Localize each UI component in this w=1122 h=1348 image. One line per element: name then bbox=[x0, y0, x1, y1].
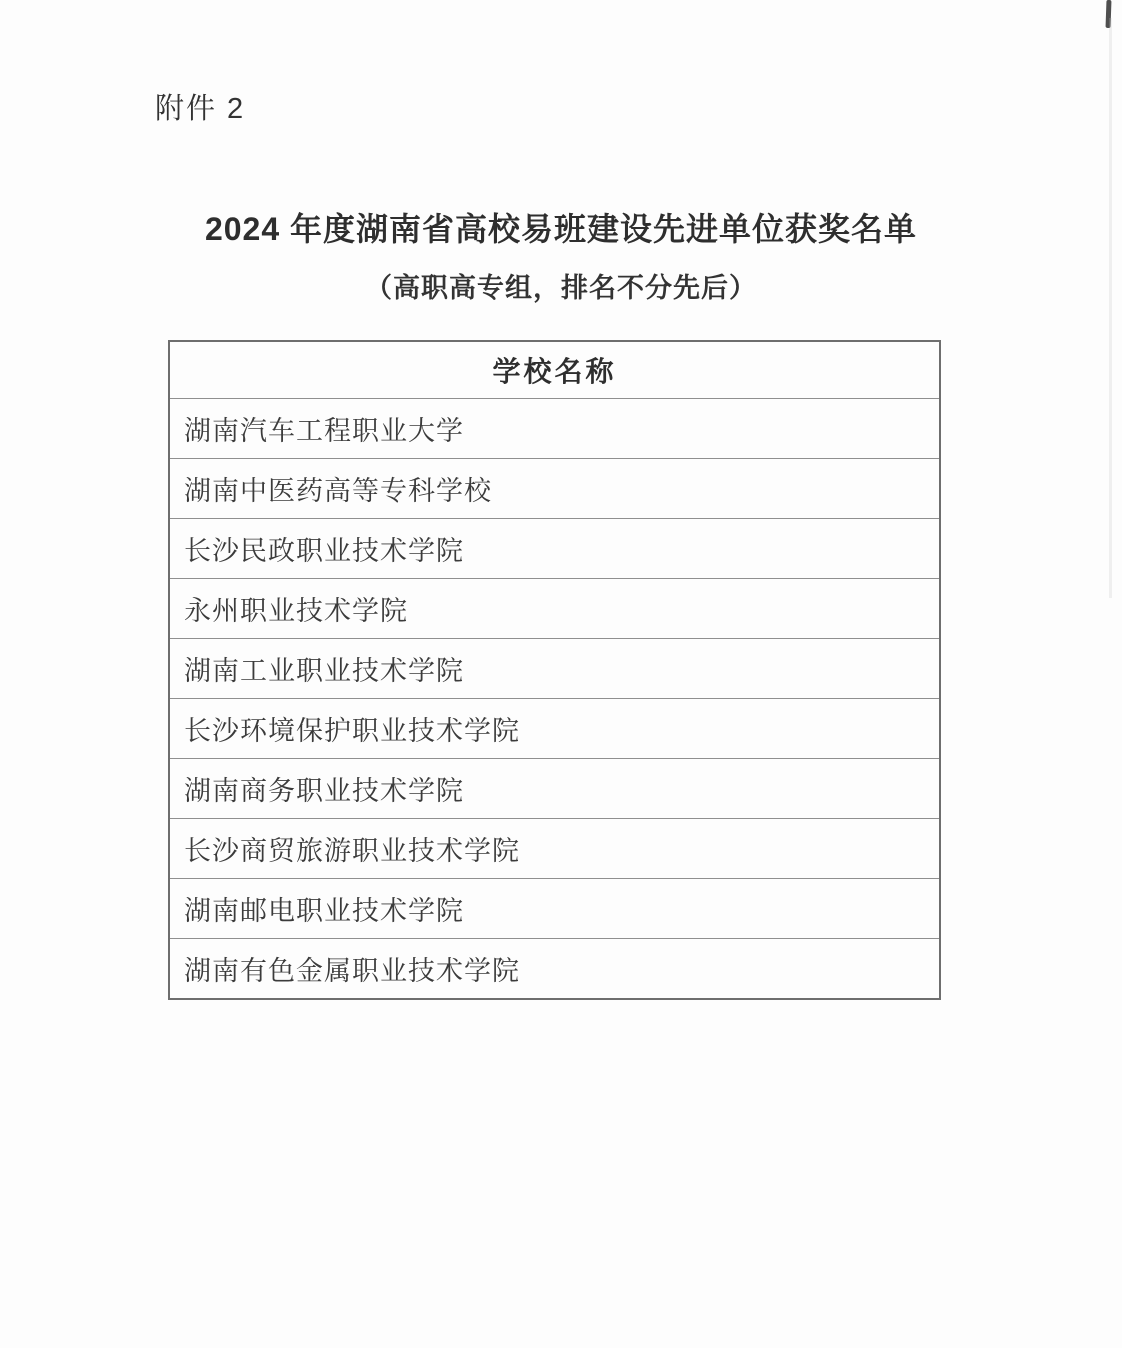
table-row: 永州职业技术学院 bbox=[170, 578, 939, 638]
school-award-table: 学校名称 湖南汽车工程职业大学 湖南中医药高等专科学校 长沙民政职业技术学院 永… bbox=[168, 340, 941, 1000]
table-row: 湖南有色金属职业技术学院 bbox=[170, 938, 939, 998]
table-row: 湖南商务职业技术学院 bbox=[170, 758, 939, 818]
table-row: 湖南中医药高等专科学校 bbox=[170, 458, 939, 518]
table-header-school-name: 学校名称 bbox=[170, 342, 939, 398]
table-row: 湖南汽车工程职业大学 bbox=[170, 398, 939, 458]
attachment-label: 附件 2 bbox=[155, 86, 245, 127]
scan-artifact-streak bbox=[1109, 18, 1112, 598]
table-row: 长沙环境保护职业技术学院 bbox=[170, 698, 939, 758]
scanned-document-page: 附件 2 2024 年度湖南省高校易班建设先进单位获奖名单 （高职高专组，排名不… bbox=[0, 0, 1122, 1348]
table-row: 长沙商贸旅游职业技术学院 bbox=[170, 818, 939, 878]
table-row: 长沙民政职业技术学院 bbox=[170, 518, 939, 578]
table-row: 湖南邮电职业技术学院 bbox=[170, 878, 939, 938]
table-row: 湖南工业职业技术学院 bbox=[170, 638, 939, 698]
document-subtitle: （高职高专组，排名不分先后） bbox=[0, 266, 1122, 305]
document-title: 2024 年度湖南省高校易班建设先进单位获奖名单 bbox=[0, 204, 1122, 250]
